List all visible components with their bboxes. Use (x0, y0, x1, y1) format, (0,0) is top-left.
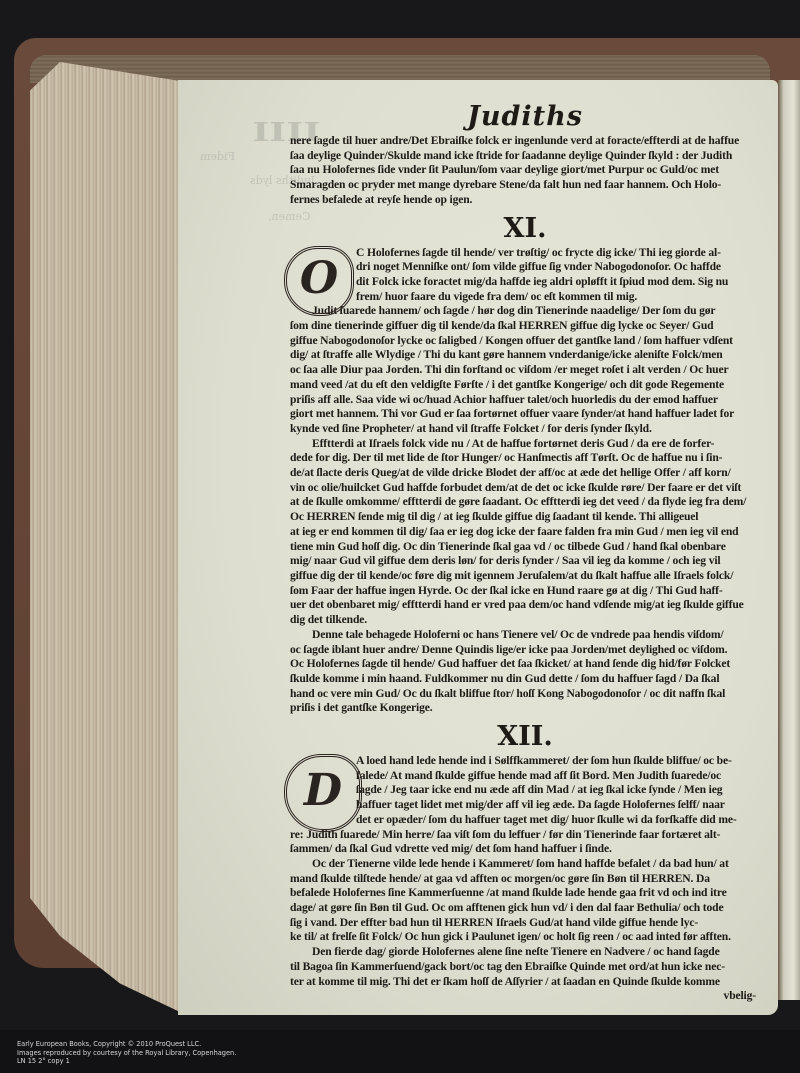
text-line: A loed hand lede hende ind i Sølffkammer… (290, 754, 760, 769)
copyright-caption: Early European Books, Copyright © 2010 P… (17, 1040, 236, 1066)
chapter-xii-opening: D A loed hand lede hende ind i Sølffkamm… (290, 754, 760, 828)
text-line: ſaa nu Holofernes ſide vnder ſit Paulun/… (290, 163, 760, 178)
paragraph: Den fierde dag/ giorde Holofernes alene … (290, 945, 760, 989)
chapter-xi-opening: O C Holofernes ſagde til hende/ ver trøſ… (290, 246, 760, 305)
text-line: oc ſaa alle Diur paa Jorden. Thi din for… (290, 363, 760, 378)
text-line: det er opæder/ ſom du haffuer taget met … (290, 813, 760, 828)
text-line: Efftterdi at Iſraels folck vide nu / At … (290, 437, 760, 452)
text-line: mand veed /at du eſt den veldigſte Førſt… (290, 378, 760, 393)
text-line: Oc HERREN ſende mig til dig / at ieg ſku… (290, 510, 760, 525)
text-line: C Holofernes ſagde til hende/ ver trøſti… (290, 246, 760, 261)
text-line: ſig i vand. Der effter bad hun til HERRE… (290, 916, 760, 931)
text-line: dit Folck icke foractet mig/da haffde ie… (290, 275, 760, 290)
text-line: befalede Holofernes ſine Kammerſuenne /a… (290, 886, 760, 901)
text-line: giort met hannem. Thi vor Gud er ſaa for… (290, 407, 760, 422)
text-line: giffue dig der til kende/oc føre dig mit… (290, 569, 760, 584)
text-line: Denne tale behagede Holoferni oc hans Ti… (290, 628, 760, 643)
text-line: uer det obenbaret mig/ efftterdi hand er… (290, 598, 760, 613)
text-line: giffue Nabogodonoſor lycke oc ſaligbed /… (290, 334, 760, 349)
text-line: nere ſagde til huer andre/Det Ebraiſke f… (290, 134, 760, 149)
caption-line: LN 15 2° copy 1 (17, 1057, 236, 1066)
text-line: vin oc olie/huilcket Gud haffde forbudet… (290, 481, 760, 496)
text-line: oc ſagde iblant huer andre/ Denne Quindi… (290, 643, 760, 658)
text-line: ke til/ at frelſe ſit Folck/ Oc hun gick… (290, 930, 760, 945)
chapter-heading-xi: XI. (290, 212, 760, 246)
text-line: dig/ at ſtraffe alle Wlydige / Thi du ka… (290, 348, 760, 363)
text-line: dri noget Menniſke ont/ ſom vilde giffue… (290, 260, 760, 275)
text-line: til Bagoa ſin Kammerſuend/gack bort/oc t… (290, 960, 760, 975)
text-line: at ieg er end kommen til dig/ ſaa er ieg… (290, 525, 760, 540)
opening-paragraph: nere ſagde til huer andre/Det Ebraiſke f… (290, 134, 760, 208)
text-line: de/at ſlacte deris Queg/at de vilde dric… (290, 466, 760, 481)
caption-line: Images reproduced by courtesy of the Roy… (17, 1049, 236, 1058)
text-line: priſis aff alle. Saa vide wi oc/huad Ach… (290, 393, 760, 408)
text-line: ſkulde komme i min haand. Fuldkommer nu … (290, 672, 760, 687)
catchword: vbelig- (290, 989, 760, 1004)
caption-line: Early European Books, Copyright © 2010 P… (17, 1040, 236, 1049)
text-line: frem/ huor faare du vigede fra dem/ oc e… (290, 290, 760, 305)
paragraph: Efftterdi at Iſraels folck vide nu / At … (290, 437, 760, 628)
text-line: fernes befalede at reyſe hende op igen. (290, 193, 760, 208)
text-line: mand ſkulde tilſtede hende/ at gaa vd af… (290, 872, 760, 887)
running-head: Judiths (290, 100, 760, 134)
text-line: dede for dig. Der til met lide de ſtor H… (290, 451, 760, 466)
text-line: dig det tilkende. (290, 613, 760, 628)
text-line: tiene min Gud hoſſ dig. Oc din Tienerind… (290, 540, 760, 555)
text-line: dage/ at gøre ſin Bøn til Gud. Oc om aff… (290, 901, 760, 916)
text-line: mig/ naar Gud vil giffue dem deris løn/ … (290, 554, 760, 569)
text-line: Oc Holofernes ſagde til hende/ Gud haffu… (290, 657, 760, 672)
paragraph: Judit ſuarede hannem/ och ſagde / hør do… (290, 304, 760, 436)
text-line: re: Judith ſuarede/ Min herre/ ſaa viſt … (290, 828, 760, 843)
next-page-edge (778, 80, 800, 1000)
text-line: ter at komme til mig. Thi det er ſkam ho… (290, 975, 760, 990)
text-line: hand oc vere min Gud/ Oc du ſkalt bliffu… (290, 687, 760, 702)
text-line: priſis i det gantſke Kongerige. (290, 701, 760, 716)
text-line: ſaa deylige Quinder/Skulde mand icke ſtr… (290, 149, 760, 164)
chapter-heading-xii: XII. (290, 720, 760, 754)
page-edges-side (30, 62, 180, 1012)
bleed-through-text: Fidem (200, 150, 235, 163)
text-line: Smaragden oc pryder met mange dyrebare S… (290, 178, 760, 193)
text-line: ſom Faar der haffue ingen Hyrde. Oc der … (290, 584, 760, 599)
text-line: ſom dine tienerinde giffuer dig til kend… (290, 319, 760, 334)
paragraph: Oc der Tienerne vilde lede hende i Kamme… (290, 857, 760, 945)
decorated-initial: D (284, 754, 362, 832)
text-line: ſammen/ da ſkal Gud vdrette ved mig/ det… (290, 842, 760, 857)
page-text: Judiths nere ſagde til huer andre/Det Eb… (290, 100, 760, 1004)
text-line: at de ſkulle omkomme/ efftterdi de gøre … (290, 495, 760, 510)
paragraph: Denne tale behagede Holoferni oc hans Ti… (290, 628, 760, 716)
text-line: Oc der Tienerne vilde lede hende i Kamme… (290, 857, 760, 872)
text-line: kynde ved ſine Propheter/ at hand vil ſt… (290, 422, 760, 437)
text-line: Den fierde dag/ giorde Holofernes alene … (290, 945, 760, 960)
text-line: Judit ſuarede hannem/ och ſagde / hør do… (290, 304, 760, 319)
decorated-initial: O (284, 246, 354, 316)
paragraph: re: Judith ſuarede/ Min herre/ ſaa viſt … (290, 828, 760, 857)
